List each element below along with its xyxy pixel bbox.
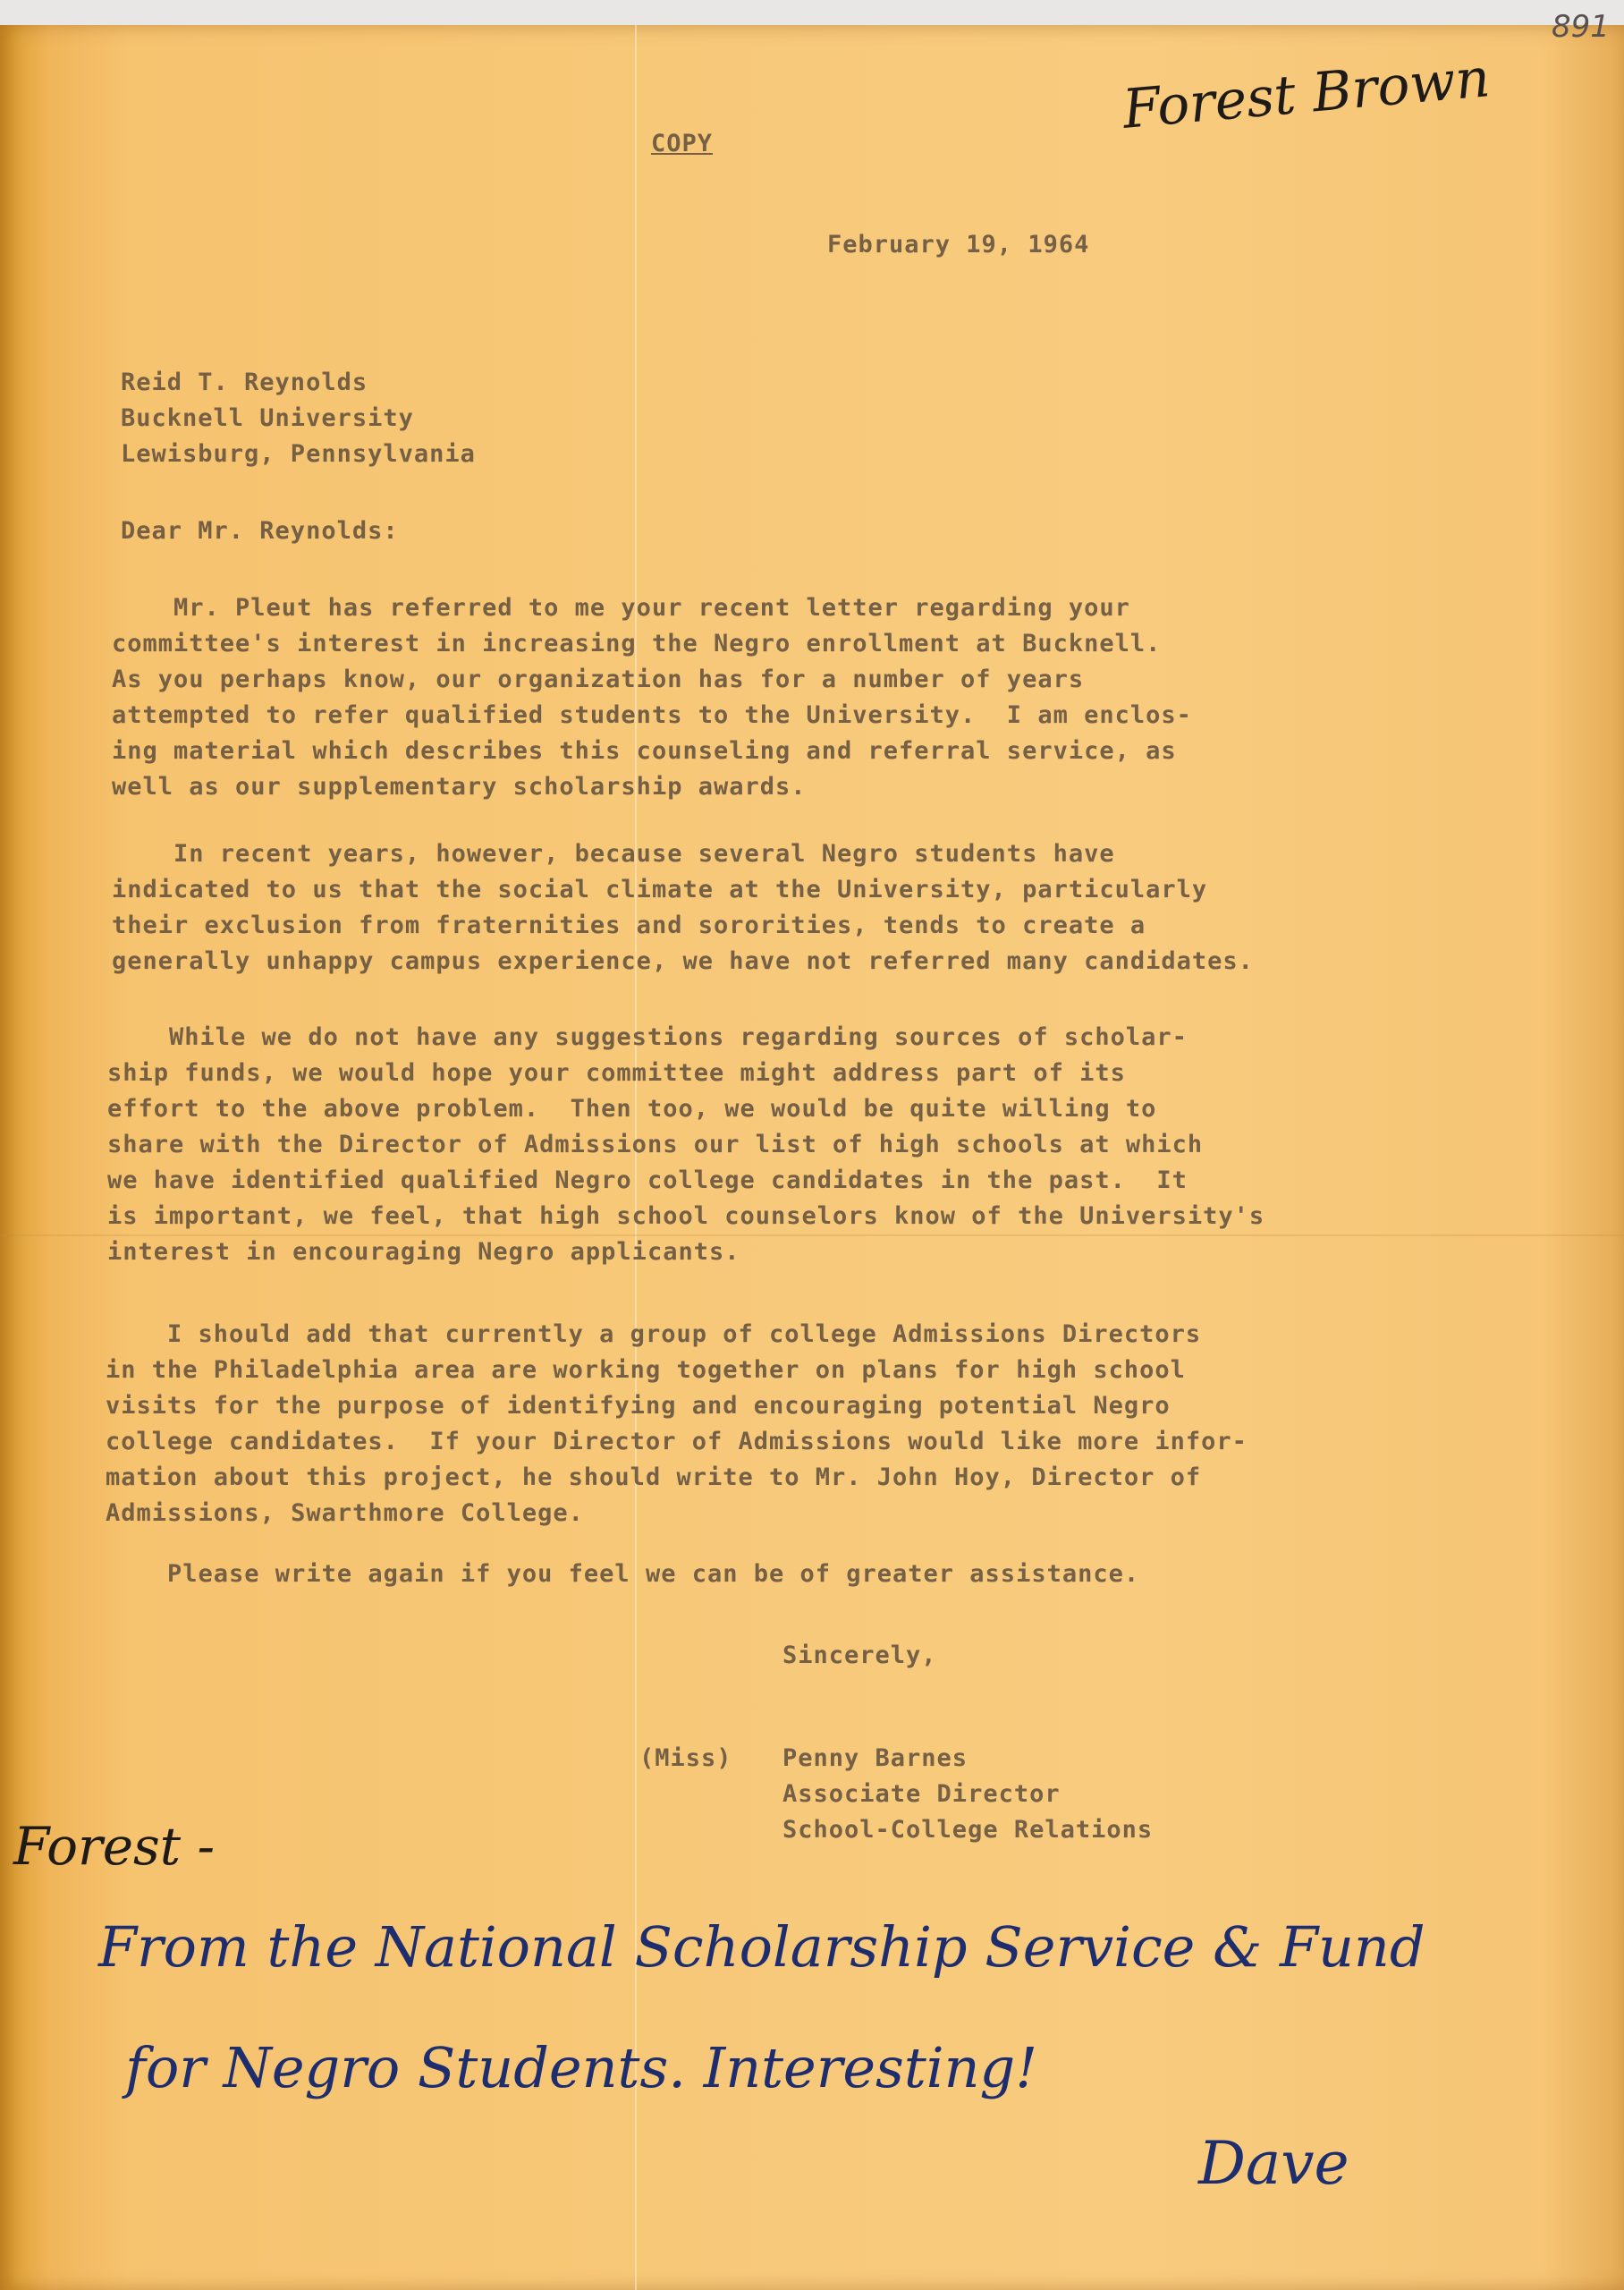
signatory-prefix: (Miss) (639, 1744, 732, 1772)
body-paragraph-4: I should add that currently a group of c… (106, 1317, 1248, 1531)
body-paragraph-3: While we do not have any suggestions reg… (107, 1020, 1265, 1270)
closing: Sincerely, (782, 1641, 937, 1669)
handwritten-note-signature: Dave (1198, 2129, 1349, 2198)
signatory-department: School-College Relations (782, 1816, 1153, 1844)
recipient-institution: Bucknell University (121, 404, 414, 432)
recipient-name: Reid T. Reynolds (121, 369, 368, 396)
salutation: Dear Mr. Reynolds: (121, 517, 399, 545)
signatory-name: Penny Barnes (782, 1744, 968, 1772)
recipient-location: Lewisburg, Pennsylvania (121, 440, 476, 468)
body-paragraph-5: Please write again if you feel we can be… (106, 1556, 1139, 1592)
body-paragraph-2: In recent years, however, because severa… (112, 836, 1254, 980)
copy-label: COPY (651, 130, 713, 157)
handwritten-note-line-2: for Negro Students. Interesting! (125, 2035, 1037, 2100)
body-paragraph-1: Mr. Pleut has referred to me your recent… (112, 590, 1192, 805)
letter-date: February 19, 1964 (827, 231, 1089, 259)
signatory-title: Associate Director (782, 1780, 1061, 1808)
handwritten-note-salutation: Forest - (13, 1816, 215, 1877)
page-number: 891 (1552, 9, 1610, 45)
handwritten-note-line-1: From the National Scholarship Service & … (98, 1914, 1425, 1980)
